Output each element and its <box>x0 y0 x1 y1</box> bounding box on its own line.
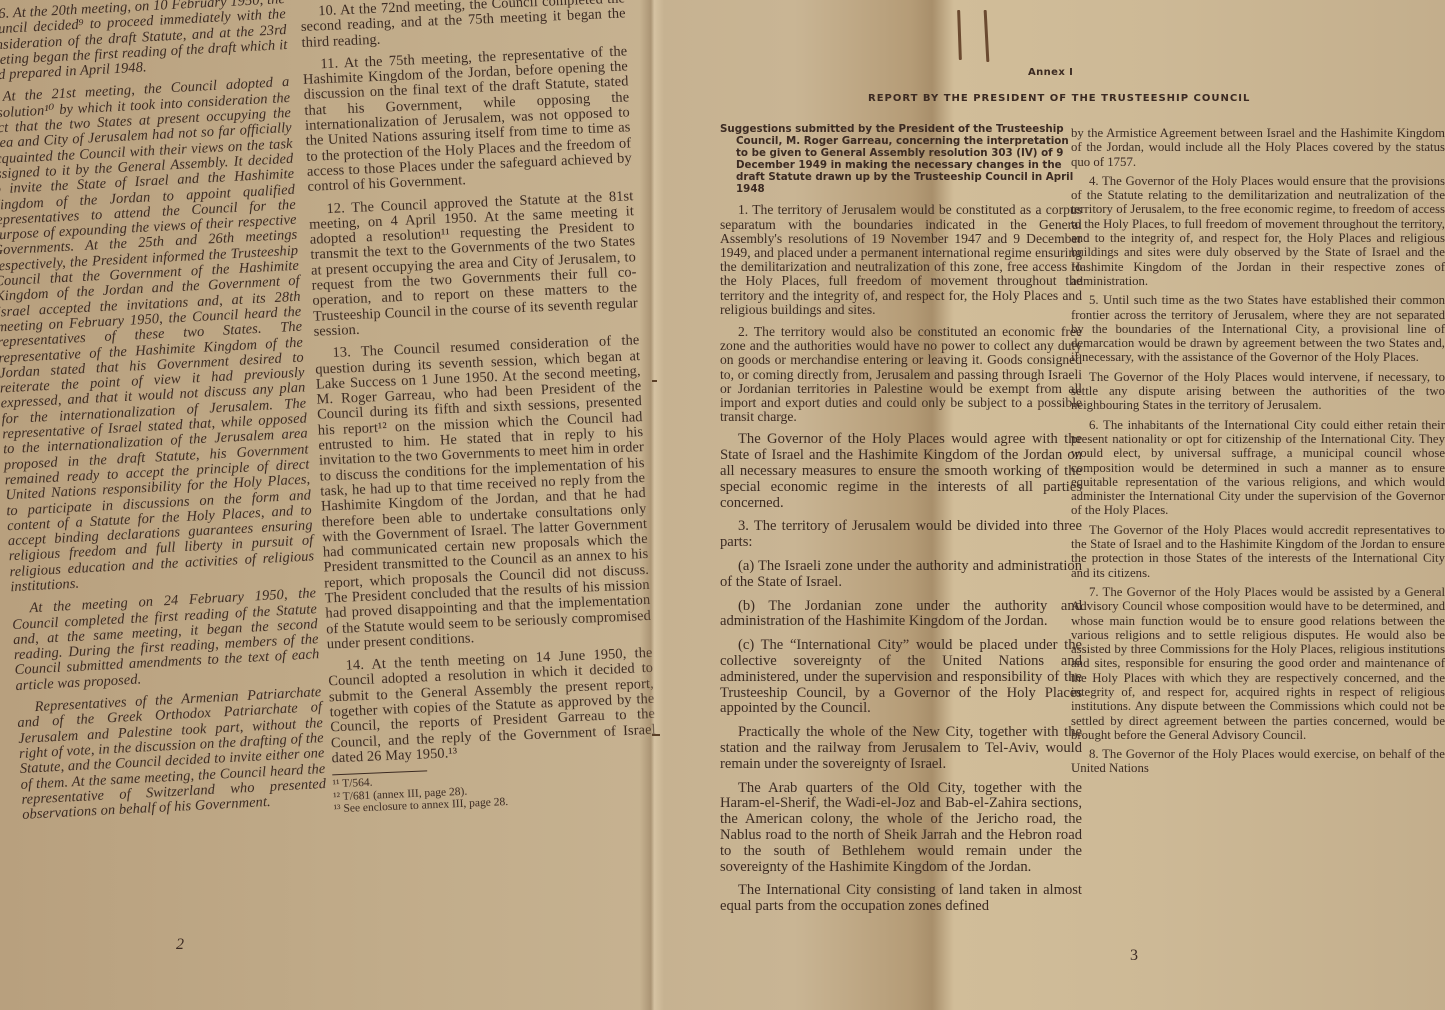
right-page-column-b: by the Armistice Agreement between Israe… <box>1071 126 1445 781</box>
paragraph: The Governor of the Holy Places would ag… <box>720 432 1082 511</box>
left-page-column-a: 6. At the 20th meeting, on 10 February 1… <box>0 0 328 830</box>
paragraph-6: 6. The inhabitants of the International … <box>1071 418 1445 518</box>
left-page: 6. At the 20th meeting, on 10 February 1… <box>0 0 650 1010</box>
paragraph-1: 1. The territory of Jerusalem would be c… <box>720 203 1082 317</box>
paragraph: Practically the whole of the New City, t… <box>720 725 1082 772</box>
list-item-c: (c) The “International City” would be pl… <box>720 638 1082 717</box>
paragraph: At the 21st meeting, the Council adopted… <box>0 75 315 595</box>
paragraph-14: 14. At the tenth meeting on 14 June 1950… <box>327 646 656 767</box>
paragraph: The Arab quarters of the Old City, toget… <box>720 781 1082 876</box>
paragraph-12: 12. The Council approved the Statute at … <box>308 189 638 340</box>
section-heading: Suggestions submitted by the President o… <box>720 124 1082 195</box>
page-number-left: 2 <box>176 936 184 954</box>
book-spread: 6. At the 20th meeting, on 10 February 1… <box>0 0 1445 1010</box>
paragraph: At the meeting on 24 February 1950, the … <box>11 587 320 695</box>
paragraph-5: 5. Until such time as the two States hav… <box>1071 293 1445 364</box>
paragraph-2: 2. The territory would also be constitut… <box>720 325 1082 424</box>
annex-label: Annex I <box>1028 67 1073 78</box>
footnote-13: ¹³ See enclosure to annex III, page 28. <box>333 800 428 816</box>
right-page-column-a: Suggestions submitted by the President o… <box>720 124 1082 923</box>
left-page-column-b: 10. At the 72nd meeting, the Council com… <box>300 0 659 816</box>
footnotes: ¹¹ T/564. ¹² T/681 (annex III, page 28).… <box>332 771 429 816</box>
paragraph: 6. At the 20th meeting, on 10 February 1… <box>0 0 289 84</box>
paragraph: The Governor of the Holy Places would in… <box>1071 370 1445 413</box>
report-title: REPORT BY THE PRESIDENT OF THE TRUSTEESH… <box>868 93 1250 104</box>
paragraph-3: 3. The territory of Jerusalem would be d… <box>720 519 1082 551</box>
paragraph: by the Armistice Agreement between Israe… <box>1071 126 1445 169</box>
paragraph-4: 4. The Governor of the Holy Places would… <box>1071 174 1445 288</box>
paragraph-11: 11. At the 75th meeting, the representat… <box>302 44 632 195</box>
page-number-right: 3 <box>1130 947 1138 965</box>
paragraph: Representatives of the Armenian Patriarc… <box>16 685 327 823</box>
paragraph-8: 8. The Governor of the Holy Places would… <box>1071 747 1445 776</box>
paragraph: The International City consisting of lan… <box>720 883 1082 915</box>
list-item-b: (b) The Jordanian zone under the authori… <box>720 599 1082 631</box>
paragraph-7: 7. The Governor of the Holy Places would… <box>1071 585 1445 742</box>
paragraph: The Governor of the Holy Places would ac… <box>1071 523 1445 580</box>
paragraph-10: 10. At the 72nd meeting, the Council com… <box>300 0 627 51</box>
list-item-a: (a) The Israeli zone under the authority… <box>720 559 1082 591</box>
paragraph-13: 13. The Council resumed consideration of… <box>314 333 652 652</box>
